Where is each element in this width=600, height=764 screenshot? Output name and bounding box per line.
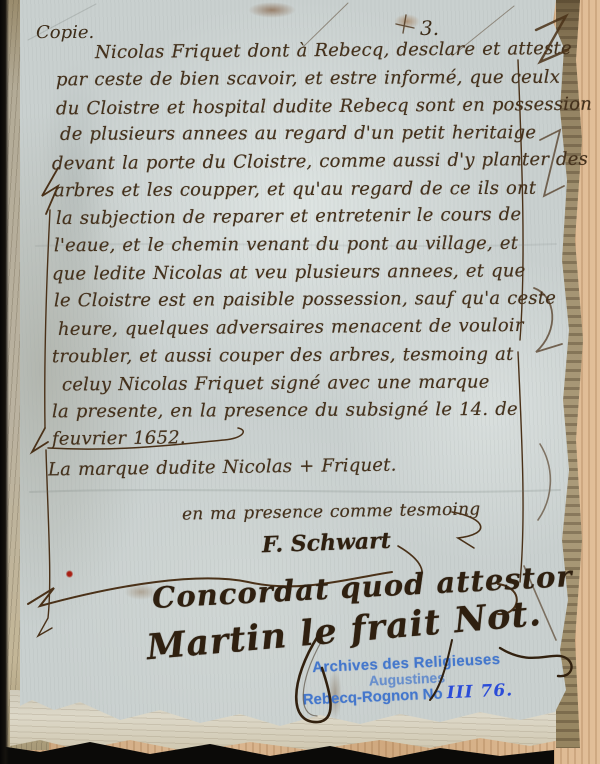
manuscript-line: le Cloistre est en paisible possession, …	[54, 288, 556, 312]
manuscript-line: arbres et les coupper, et qu'au regard d…	[54, 178, 536, 202]
manuscript-line: feuvrier 1652.	[52, 427, 186, 449]
manuscript-line: troubler, et aussi couper des arbres, te…	[52, 344, 514, 367]
manuscript-line: la presente, en la presence du subsigné …	[52, 399, 518, 422]
manuscript-line: de plusieurs annees au regard d'un petit…	[60, 122, 536, 145]
manuscript-line: par ceste de bien scavoir, et estre info…	[56, 67, 560, 91]
manuscript-line: que ledite Nicolas at veu plusieurs anne…	[52, 260, 526, 284]
manuscript-line: heure, quelques adversaires menacent de …	[58, 315, 524, 340]
left-binding-shadow	[0, 0, 9, 764]
manuscript-line: celuy Nicolas Friquet signé avec une mar…	[62, 372, 490, 396]
manuscript-line: Nicolas Friquet dont à Rebecq, desclare …	[95, 38, 572, 63]
manuscript-line: l'eaue, et le chemin venant du pont au v…	[54, 233, 518, 256]
archive-stamp: Archives des Religieuses Augustines Rebe…	[295, 651, 519, 709]
witness-signature: F. Schwart	[262, 528, 392, 558]
copy-label: Copie.	[36, 22, 94, 43]
manuscript-scan: Copie. 3. Nicolas Friquet dont à Rebecq,…	[0, 0, 600, 764]
page-number: 3.	[420, 16, 439, 40]
manuscript-line: la subjection de reparer et entretenir l…	[56, 204, 521, 229]
